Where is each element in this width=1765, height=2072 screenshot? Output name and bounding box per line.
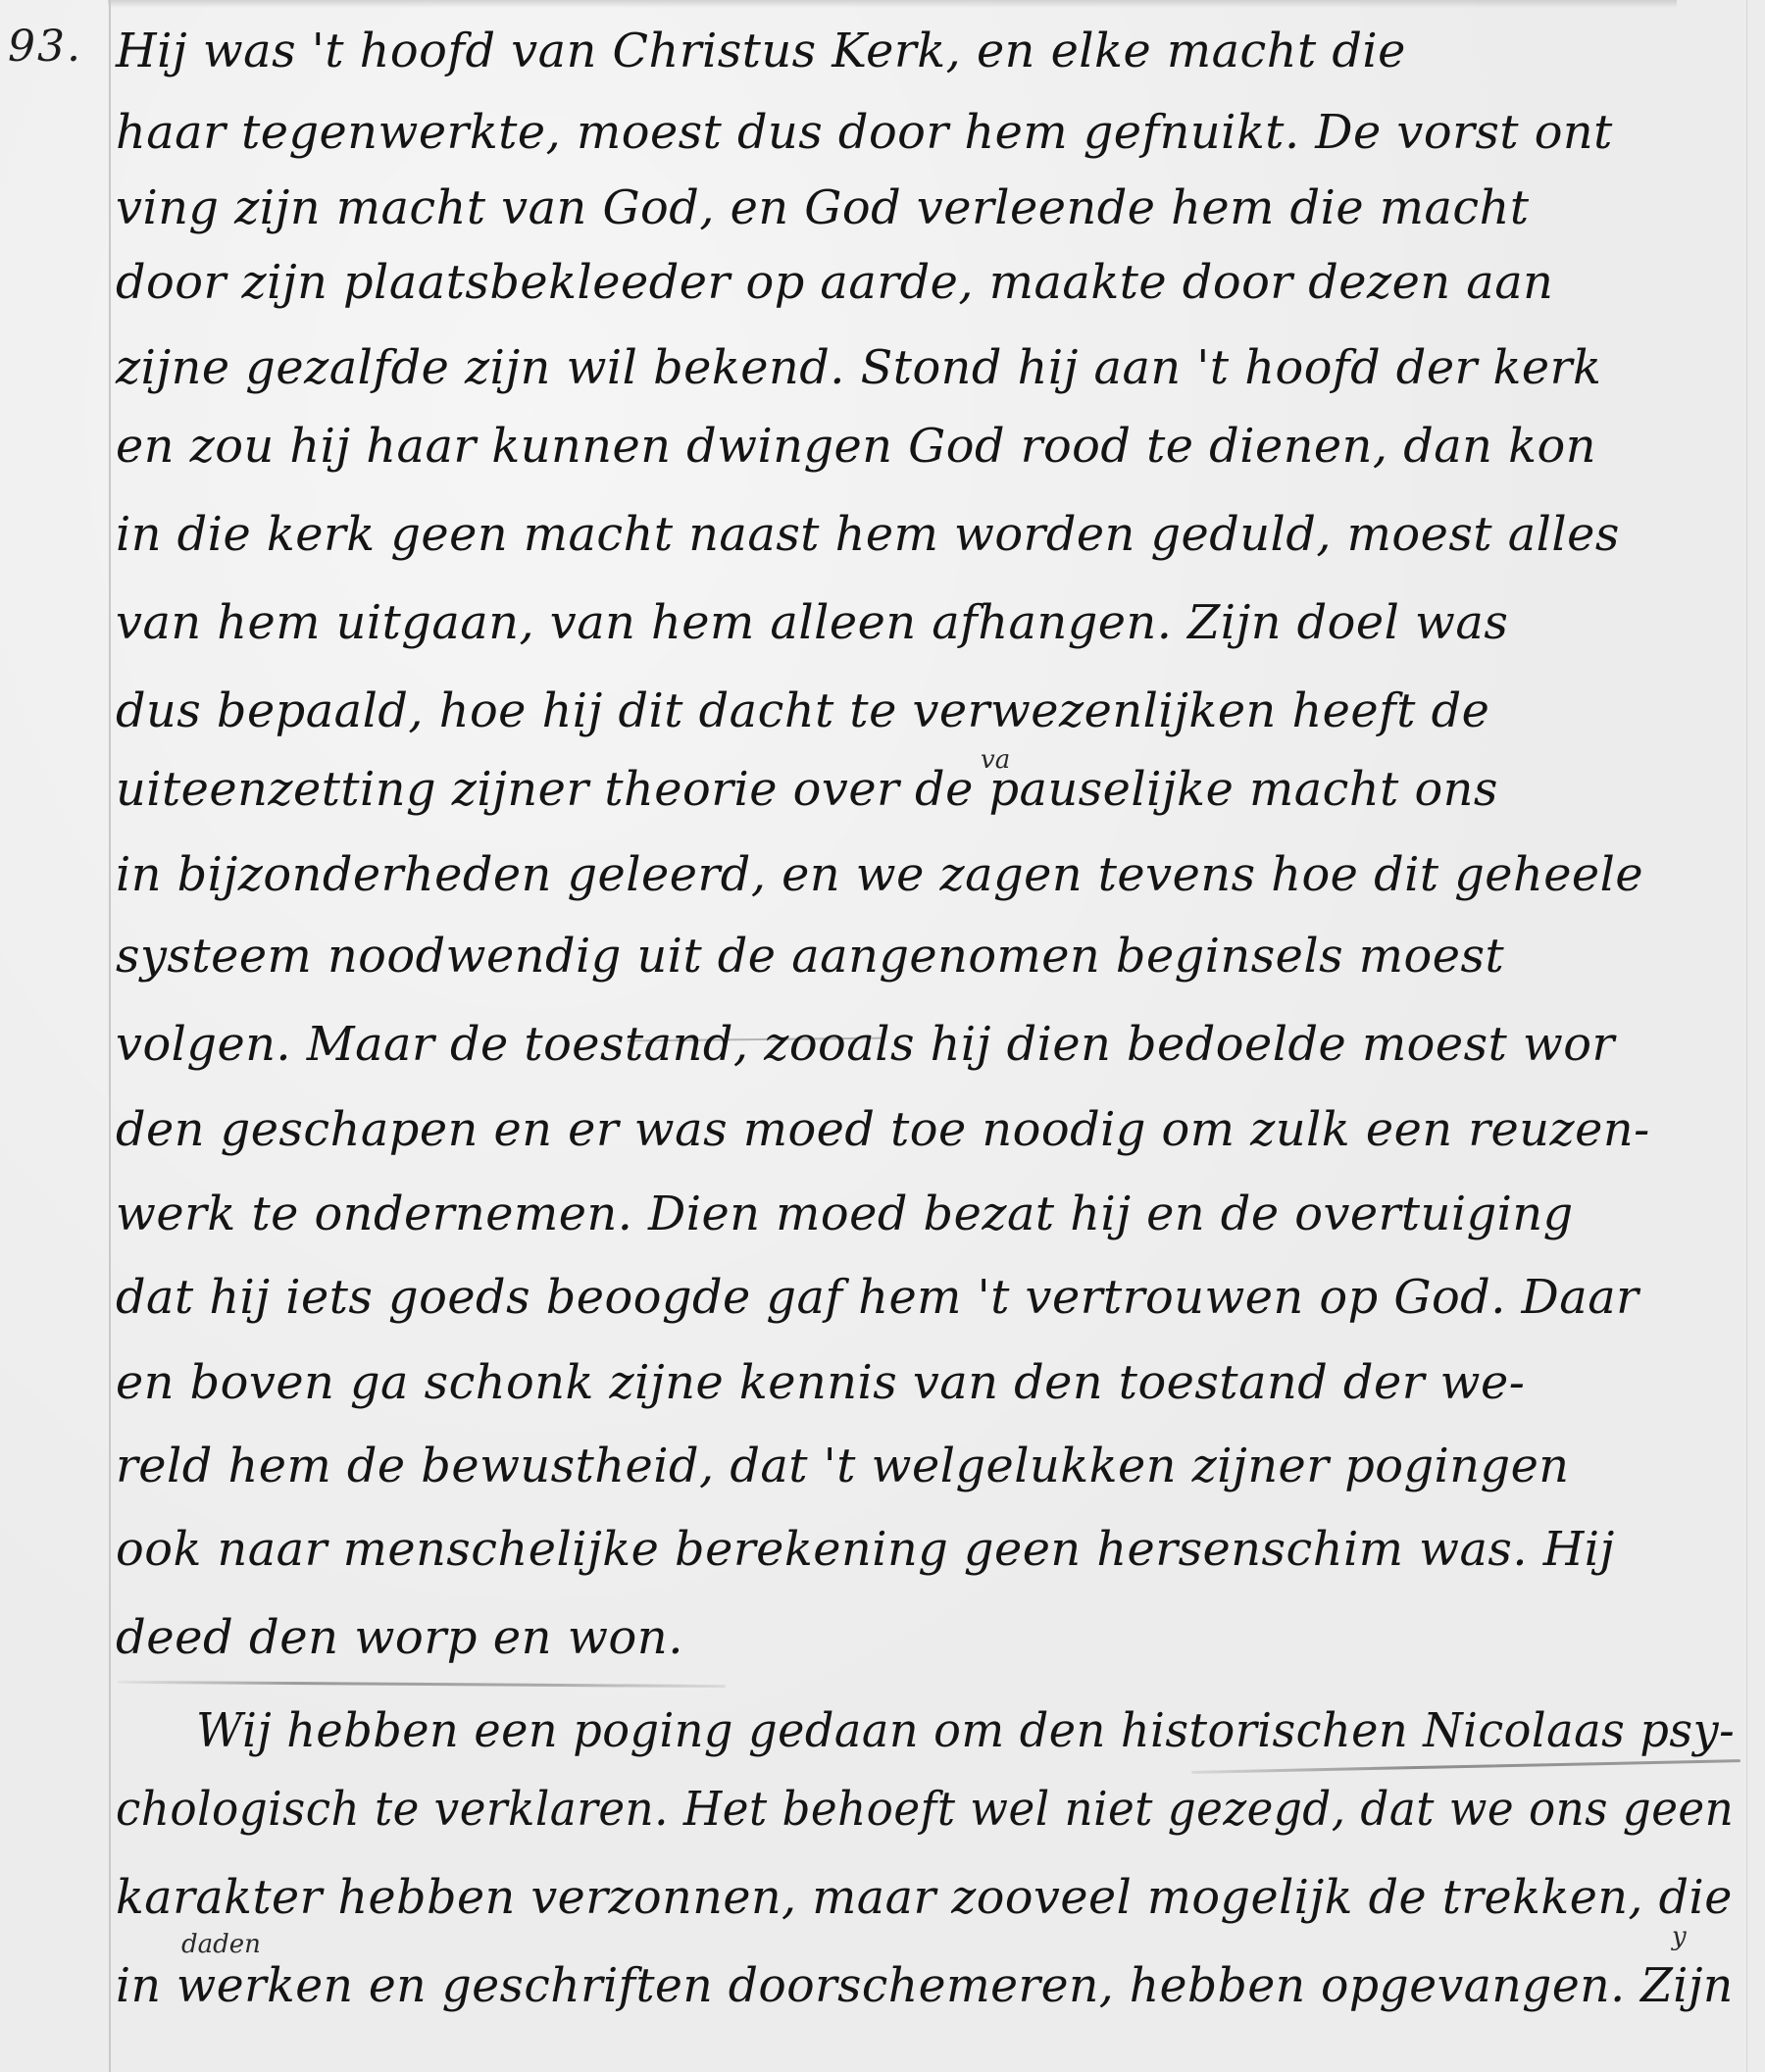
- pencil-underline-nicolaas: [1191, 1759, 1740, 1774]
- right-page-edge: [1746, 0, 1747, 2072]
- text-line-9: dus bepaald, hoe hij dit dacht te verwez…: [116, 682, 1734, 740]
- text-line-18: reld hem de bewustheid, dat 't welgelukk…: [116, 1437, 1734, 1495]
- page-number: 93.: [8, 22, 82, 72]
- text-line-19: ook naar menschelijke berekening geen he…: [116, 1520, 1734, 1579]
- manuscript-page: 93. Hij was 't hoofd van Christus Kerk, …: [0, 0, 1765, 2072]
- section-divider-stroke: [118, 1681, 726, 1688]
- left-margin-line: [109, 0, 111, 2072]
- page-top-shadow: [108, 0, 1677, 8]
- text-line-24: in werken en geschriften doorschemeren, …: [116, 1956, 1714, 2015]
- text-line-11: in bijzonderheden geleerd, en we zagen t…: [116, 845, 1734, 904]
- text-line-5: zijne gezalfde zijn wil bekend. Stond hi…: [116, 338, 1734, 397]
- text-line-7: in die kerk geen macht naast hem worden …: [116, 505, 1734, 564]
- text-line-6: en zou hij haar kunnen dwingen God rood …: [116, 417, 1734, 476]
- text-line-14: den geschapen en er was moed toe noodig …: [116, 1100, 1734, 1159]
- text-line-2: haar tegenwerkte, moest dus door hem gef…: [116, 103, 1734, 162]
- text-line-17: en boven ga schonk zijne kennis van den …: [116, 1353, 1734, 1412]
- interlinear-correction-y: y: [1672, 1922, 1687, 1951]
- text-line-3: ving zijn macht van God, en God verleend…: [116, 178, 1734, 237]
- interlinear-correction-daden: daden: [181, 1930, 261, 1959]
- text-line-12: systeem noodwendig uit de aangenomen beg…: [116, 927, 1734, 985]
- text-line-1: Hij was 't hoofd van Christus Kerk, en e…: [116, 22, 1734, 80]
- text-line-22: chologisch te verklaren. Het behoeft wel…: [116, 1780, 1649, 1839]
- text-line-4: door zijn plaatsbekleeder op aarde, maak…: [116, 253, 1734, 312]
- text-line-15: werk te ondernemen. Dien moed bezat hij …: [116, 1185, 1734, 1243]
- text-line-23: karakter hebben verzonnen, maar zooveel …: [116, 1868, 1727, 1927]
- text-line-8: van hem uitgaan, van hem alleen afhangen…: [116, 593, 1734, 652]
- text-line-21: Wij hebben een poging gedaan om den hist…: [196, 1701, 1685, 1760]
- text-line-10: uiteenzetting zijner theorie over de pau…: [116, 760, 1734, 819]
- text-line-13: volgen. Maar de toestand, zooals hij die…: [116, 1015, 1734, 1074]
- text-line-16: dat hij iets goeds beoogde gaf hem 't ve…: [116, 1268, 1734, 1327]
- text-line-20: deed den worp en won.: [116, 1608, 1743, 1667]
